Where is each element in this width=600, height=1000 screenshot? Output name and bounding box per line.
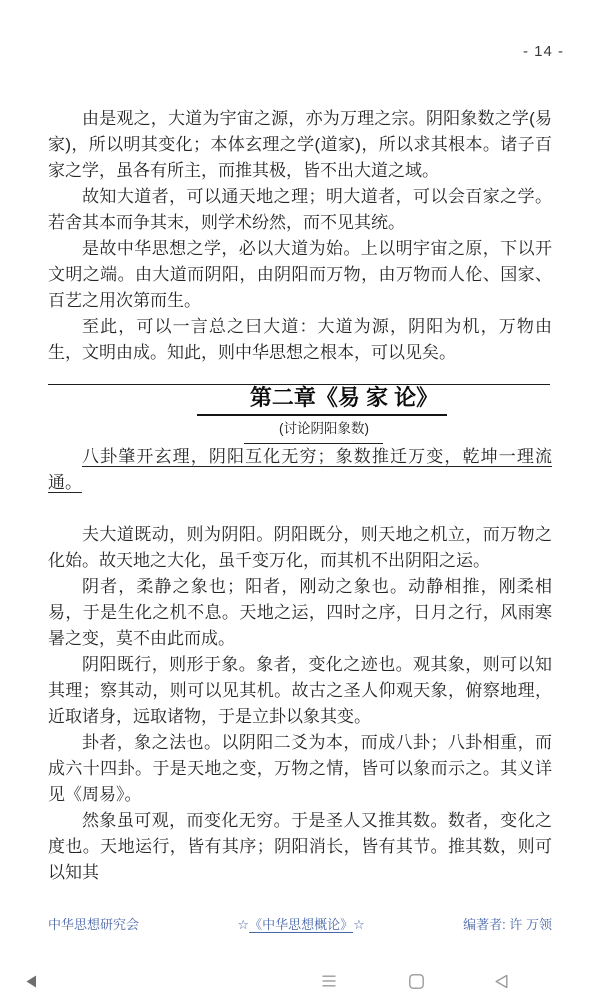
star-icon: ☆ (237, 917, 249, 932)
paragraph: 阴阳既行，则形于象。象者，变化之迹也。观其象，则可以知其理；察其动，则可以见其机… (48, 652, 552, 730)
paragraph: 至此，可以一言总之曰大道：大道为源，阴阳为机，万物由生，文明由成。知此，则中华思… (48, 314, 552, 366)
android-navigation-bar (0, 964, 600, 1000)
document-content: 由是观之，大道为宇宙之源，亦为万理之宗。阴阳象数之学(易家)，所以明其变化；本体… (48, 0, 552, 886)
chapter-title: 第二章《易 家 论》 (48, 385, 552, 416)
home-icon[interactable] (409, 974, 424, 989)
page-prev-icon[interactable] (26, 975, 37, 988)
epigraph: 八卦肇开玄理，阴阳互化无穷；象数推迁万变，乾坤一理流通。 (48, 444, 552, 496)
star-icon: ☆ (353, 917, 365, 932)
paragraph: 故知大道者，可以通天地之理；明大道者，可以会百家之学。若舍其本而争其末，则学术纷… (48, 184, 552, 236)
chapter-title-text: 第二章《易 家 论》 (197, 385, 447, 416)
footer-book-title-link[interactable]: 《中华思想概论》 (249, 917, 353, 932)
back-icon[interactable] (495, 974, 508, 989)
paragraph: 卦者，象之法也。以阴阳二爻为本，而成八卦；八卦相重，而成六十四卦。于是天地之变，… (48, 730, 552, 808)
paragraph: 夫大道既动，则为阴阳。阴阳既分，则天地之机立，而万物之化始。故天地之大化，虽千变… (48, 522, 552, 574)
chapter-subtitle: (讨论阴阳象数) (48, 416, 552, 444)
footer-book-title: ☆《中华思想概论》☆ (237, 916, 364, 934)
paragraph: 是故中华思想之学，必以大道为始。上以明宇宙之原，下以开文明之端。由大道而阴阳，由… (48, 236, 552, 314)
chapter-body: 夫大道既动，则为阴阳。阴阳既分，则天地之机立，而万物之化始。故天地之大化，虽千变… (48, 522, 552, 886)
footer-society: 中华思想研究会 (48, 916, 139, 934)
document-page: - 14 - 由是观之，大道为宇宙之源，亦为万理之宗。阴阳象数之学(易家)，所以… (0, 0, 600, 1000)
paragraph: 然象虽可观，而变化无穷。于是圣人又推其数。数者，变化之度也。天地运行，皆有其序；… (48, 808, 552, 886)
chapter-subtitle-text: (讨论阴阳象数) (244, 416, 383, 444)
page-footer: 中华思想研究会 ☆《中华思想概论》☆ 编著者: 许 万领 (48, 916, 552, 934)
footer-author: 编著者: 许 万领 (463, 916, 552, 934)
recents-menu-icon[interactable] (322, 975, 336, 987)
paragraph: 由是观之，大道为宇宙之源，亦为万理之宗。阴阳象数之学(易家)，所以明其变化；本体… (48, 106, 552, 184)
epigraph-text: 八卦肇开玄理，阴阳互化无穷；象数推迁万变，乾坤一理流通。 (48, 447, 552, 492)
paragraph: 阴者，柔静之象也；阳者，刚动之象也。动静相推，刚柔相易，于是生化之机不息。天地之… (48, 574, 552, 652)
